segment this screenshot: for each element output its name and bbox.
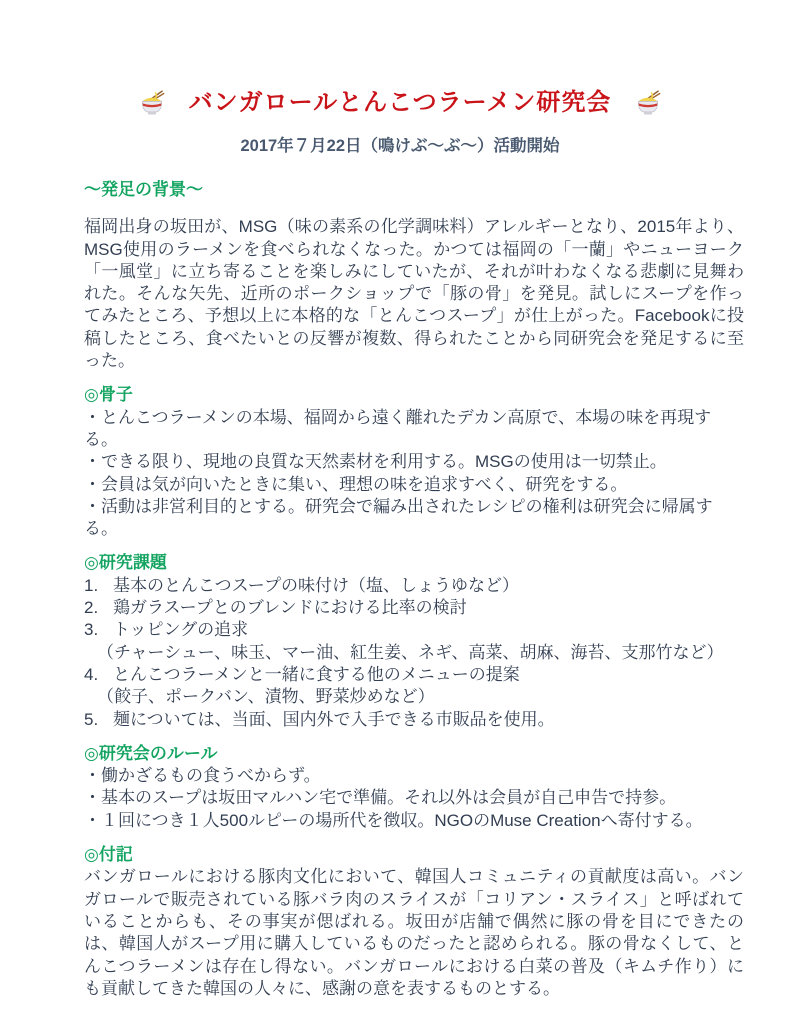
bullet-item: ・基本のスープは坂田マルハン宅で準備。それ以外は会員が自己申告で持参。 [84, 787, 744, 809]
item-text: トッピングの追求 [113, 619, 744, 641]
section-principles: ◎骨子 ・とんこつラーメンの本場、福岡から遠く離れたデカン高原で、本場の味を再現… [84, 384, 744, 540]
appendix-paragraph: バンガロールにおける豚肉文化において、韓国人コミュニティの貢献度は高い。バンガロ… [84, 866, 744, 1000]
numbered-item: 1. 基本のとんこつスープの味付け（塩、しょうゆなど） [84, 575, 744, 597]
bullet-item: ・とんこつラーメンの本場、福岡から遠く離れたデカン高原で、本場の味を再現する。 [84, 407, 744, 452]
item-number: 1. [84, 575, 113, 597]
bullet-item: ・できる限り、現地の良質な天然素材を利用する。MSGの使用は一切禁止。 [84, 451, 744, 473]
ramen-bowl-icon [139, 90, 165, 116]
section-heading-rules: ◎研究会のルール [84, 743, 744, 765]
item-text: 基本のとんこつスープの味付け（塩、しょうゆなど） [113, 575, 744, 597]
item-number: 2. [84, 597, 113, 619]
section-appendix: ◎付記 バンガロールにおける豚肉文化において、韓国人コミュニティの貢献度は高い。… [84, 844, 744, 1000]
item-text: 麺については、当面、国内外で入手できる市販品を使用。 [113, 709, 744, 731]
numbered-item: 2. 鶏ガラスープとのブレンドにおける比率の検討 [84, 597, 744, 619]
numbered-item: 4. とんこつラーメンと一緒に食する他のメニューの提案 [84, 664, 744, 686]
bullet-item: ・会員は気が向いたときに集い、理想の味を追求すべく、研究をする。 [84, 474, 744, 496]
section-heading-principles: ◎骨子 [84, 384, 744, 406]
section-rules: ◎研究会のルール ・働かざるもの食うべからず。 ・基本のスープは坂田マルハン宅で… [84, 743, 744, 832]
bullet-item: ・１回につき１人500ルピーの場所代を徴収。NGOのMuse Creationへ… [84, 810, 744, 832]
ramen-bowl-icon [635, 90, 661, 116]
section-background: 〜発足の背景〜 福岡出身の坂田が、MSG（味の素系の化学調味料）アレルギーとなり… [84, 179, 744, 372]
section-research-topics: ◎研究課題 1. 基本のとんこつスープの味付け（塩、しょうゆなど） 2. 鶏ガラ… [84, 552, 744, 730]
item-number: 5. [84, 709, 113, 731]
item-sub-text: （チャーシュー、味玉、マー油、紅生姜、ネギ、高菜、胡麻、海苔、支那竹など） [84, 642, 744, 664]
item-number: 3. [84, 619, 113, 641]
item-sub-text: （餃子、ポークバン、漬物、野菜炒めなど） [84, 686, 744, 708]
document-body: 〜発足の背景〜 福岡出身の坂田が、MSG（味の素系の化学調味料）アレルギーとなり… [84, 179, 744, 1000]
bullet-item: ・働かざるもの食うべからず。 [84, 765, 744, 787]
numbered-item: 5. 麺については、当面、国内外で入手できる市販品を使用。 [84, 709, 744, 731]
item-number: 4. [84, 664, 113, 686]
background-paragraph: 福岡出身の坂田が、MSG（味の素系の化学調味料）アレルギーとなり、2015年より… [84, 216, 744, 372]
item-text: とんこつラーメンと一緒に食する他のメニューの提案 [113, 664, 744, 686]
bullet-item: ・活動は非営利目的とする。研究会で編み出されたレシピの権利は研究会に帰属する。 [84, 496, 744, 541]
page-title: バンガロールとんこつラーメン研究会 [189, 88, 612, 118]
section-heading-research-topics: ◎研究課題 [84, 552, 744, 574]
item-text: 鶏ガラスープとのブレンドにおける比率の検討 [113, 597, 744, 619]
section-heading-background: 〜発足の背景〜 [84, 179, 744, 201]
founding-date-line: 2017年７月22日（鳴けぶ〜ぶ〜）活動開始 [0, 135, 800, 157]
document-header: バンガロールとんこつラーメン研究会 [0, 0, 800, 118]
section-heading-appendix: ◎付記 [84, 844, 744, 866]
document-page: バンガロールとんこつラーメン研究会 2017年７月22日（鳴けぶ〜ぶ〜）活動開始… [0, 0, 800, 1035]
numbered-item: 3. トッピングの追求 [84, 619, 744, 641]
